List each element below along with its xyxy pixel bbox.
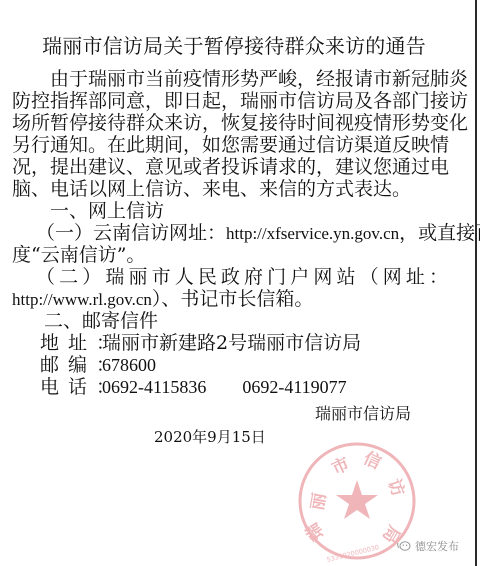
mail-row-address: 地址： 瑞丽市新建路2号瑞丽市信访局 <box>12 332 448 354</box>
online-item-1-continued: 度“云南信访”。 <box>12 244 448 266</box>
online-item-1: （一）云南信访网址：http://xfservice.yn.gov.cn，或直接… <box>12 222 448 244</box>
issuer-signature: 瑞丽市信访局 <box>315 401 411 424</box>
star-icon <box>336 480 378 519</box>
svg-text:访: 访 <box>383 476 409 499</box>
online-item-2-continued: http://www.rl.gov.cn）、书记市长信箱。 <box>12 288 448 310</box>
paragraph-line: 场所暂停接待群众来访，恢复接待时间视疫情形势变化 <box>12 112 448 134</box>
paragraph-line: 由于瑞丽市当前疫情形势严峻，经报请市新冠肺炎 <box>12 68 448 90</box>
address-label: 地址： <box>40 332 102 354</box>
online-item-1-prefix: （一）云南信访网址： <box>36 222 226 244</box>
wechat-icon <box>397 540 411 552</box>
watermark-label: 德宏发布 <box>415 538 459 554</box>
wechat-watermark: 德宏发布 <box>397 538 459 554</box>
mail-row-postcode: 邮编： 678600 <box>12 354 448 376</box>
postcode-value: 678600 <box>102 354 156 376</box>
right-border-line <box>475 0 477 566</box>
notice-page: 瑞丽市信访局关于暂停接待群众来访的通告 由于瑞丽市当前疫情形势严峻，经报请市新冠… <box>0 0 480 566</box>
phone-value: 0692-4115836 0692-4119077 <box>102 376 347 398</box>
paragraph-line: 防控指挥部同意，即日起，瑞丽市信访局及各部门接访 <box>12 90 448 112</box>
section-heading-online: 一、网上信访 <box>12 200 448 222</box>
ruili-gov-url-link[interactable]: http://www.rl.gov.cn <box>12 290 152 309</box>
svg-text:丽: 丽 <box>308 492 331 512</box>
page-title: 瑞丽市信访局关于暂停接待群众来访的通告 <box>0 30 468 59</box>
paragraph-line: 脑、电话以网上信访、来电、来信的方式表达。 <box>12 178 448 200</box>
svg-text:市: 市 <box>329 453 353 479</box>
address-value: 瑞丽市新建路2号瑞丽市信访局 <box>102 332 361 354</box>
online-item-1-suffix: ，或直接百 <box>399 222 480 244</box>
issue-date: 2020年9月15日 <box>154 426 266 447</box>
mail-row-phone: 电话： 0692-4115836 0692-4119077 <box>12 376 448 398</box>
online-item-2: （二）瑞丽市人民政府门户网站（网址： <box>12 266 448 288</box>
phone-label: 电话： <box>40 376 102 398</box>
svg-text:信: 信 <box>360 448 384 474</box>
postcode-label: 邮编： <box>40 354 102 376</box>
paragraph-line: 况，提出建议、意见或者投诉请求的，建议您通过电 <box>12 156 448 178</box>
section-heading-mail: 二、邮寄信件 <box>12 310 448 332</box>
yunnan-petition-url-link[interactable]: http://xfservice.yn.gov.cn <box>226 224 399 243</box>
online-item-2-suffix: ）、书记市长信箱。 <box>152 288 314 310</box>
paragraph-line: 另行通知。在此期间，如您需要通过信访渠道反映情 <box>12 134 448 156</box>
notice-body: 由于瑞丽市当前疫情形势严峻，经报请市新冠肺炎 防控指挥部同意，即日起，瑞丽市信访… <box>12 68 448 398</box>
